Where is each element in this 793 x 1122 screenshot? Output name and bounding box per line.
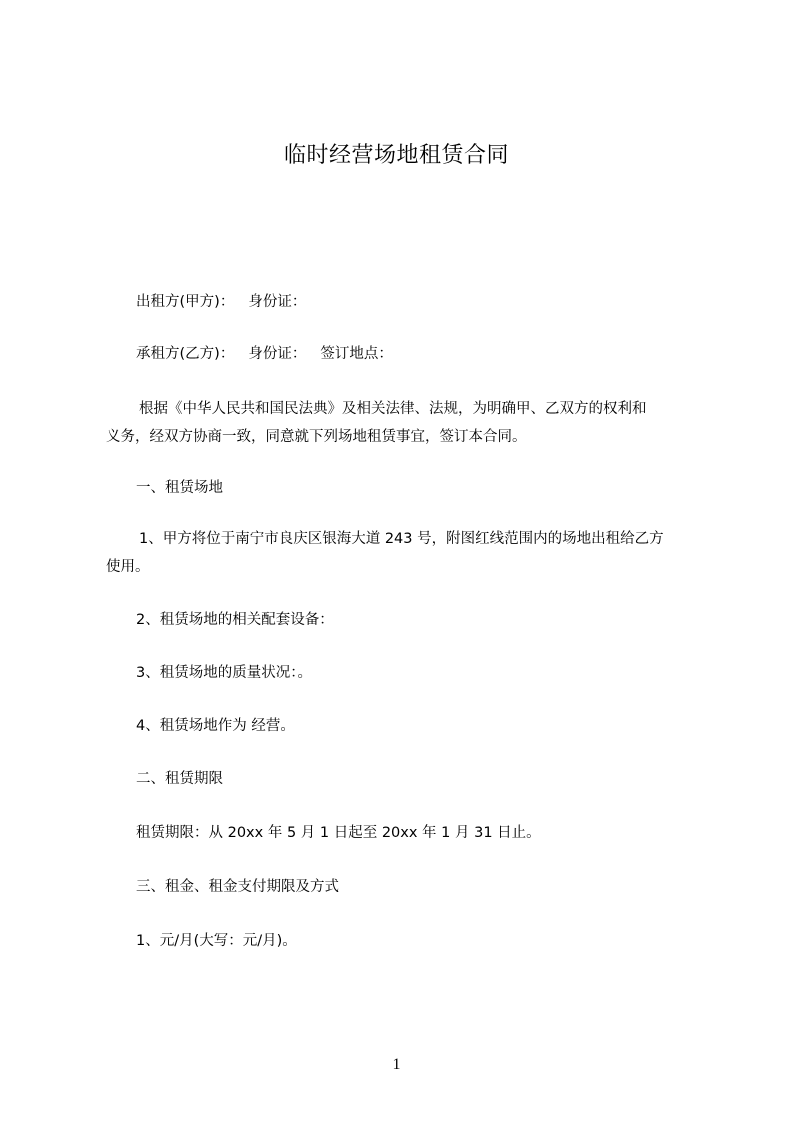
document-title: 临时经营场地租赁合同 xyxy=(0,140,793,172)
lessor-label: 出租方(甲方)： xyxy=(136,294,234,310)
preamble-line-2: 义务，经双方协商一致，同意就下列场地租赁事宜，签订本合同。 xyxy=(106,423,706,451)
lessee-line: 承租方(乙方)：身份证：签订地点： xyxy=(136,344,393,364)
section-1-heading: 一、租赁场地 xyxy=(136,478,223,498)
section-1-item-4: 4、租赁场地作为 经营。 xyxy=(136,716,295,736)
section-3-heading: 三、租金、租金支付期限及方式 xyxy=(136,877,339,897)
section-1-item-1-line-2: 使用。 xyxy=(106,553,706,581)
section-1-item-1-line-1: 1、甲方将位于南宁市良庆区银海大道 243 号，附图红线范围内的场地出租给乙方 xyxy=(106,525,706,553)
section-1-item-1: 1、甲方将位于南宁市良庆区银海大道 243 号，附图红线范围内的场地出租给乙方 … xyxy=(106,525,706,581)
section-3-item-1: 1、元/月(大写：元/月)。 xyxy=(136,931,297,951)
lessor-line: 出租方(甲方)：身份证： xyxy=(136,292,306,312)
section-2-heading: 二、租赁期限 xyxy=(136,769,223,789)
page-number: 1 xyxy=(0,1056,793,1074)
document-page: 临时经营场地租赁合同 出租方(甲方)：身份证： 承租方(乙方)：身份证：签订地点… xyxy=(0,0,793,1122)
section-2-term: 租赁期限：从 20xx 年 5 月 1 日起至 20xx 年 1 月 31 日止… xyxy=(136,823,541,843)
signing-place-label: 签订地点： xyxy=(320,346,393,362)
lessee-id-label: 身份证： xyxy=(248,346,306,362)
lessee-label: 承租方(乙方)： xyxy=(136,346,234,362)
preamble-line-1: 根据《中华人民共和国民法典》及相关法律、法规，为明确甲、乙双方的权利和 xyxy=(106,395,706,423)
preamble-paragraph: 根据《中华人民共和国民法典》及相关法律、法规，为明确甲、乙双方的权利和 义务，经… xyxy=(106,395,706,451)
section-1-item-3: 3、租赁场地的质量状况：。 xyxy=(136,663,312,683)
section-1-item-2: 2、租赁场地的相关配套设备： xyxy=(136,610,334,630)
lessor-id-label: 身份证： xyxy=(248,294,306,310)
